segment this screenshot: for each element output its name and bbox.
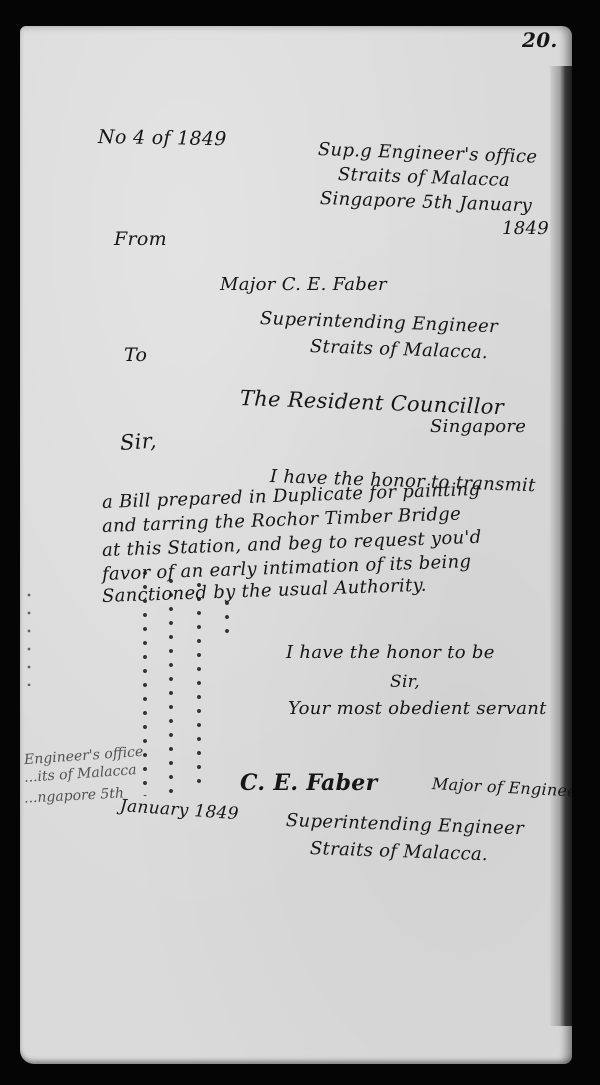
- bleed-through-dots: [196, 578, 202, 790]
- sender-title: Superintending Engineer: [260, 308, 499, 337]
- bleed-through-dots: [224, 596, 230, 636]
- bleed-through-date: January 1849: [119, 796, 239, 824]
- bleed-through-dots: [168, 574, 174, 794]
- bleed-through-dots: [142, 566, 148, 796]
- closing-sir: Sir,: [390, 672, 420, 692]
- sender-location: Straits of Malacca.: [310, 336, 489, 363]
- binding-edge: [550, 66, 572, 1026]
- recipient-location: Singapore: [430, 416, 526, 437]
- closing-line: I have the honor to be: [286, 642, 495, 663]
- salutation: Sir,: [119, 428, 157, 455]
- bleed-through-marks: [24, 586, 34, 686]
- signature-title: Superintending Engineer: [286, 810, 525, 839]
- signature: C. E. Faber: [240, 770, 377, 796]
- page-number: 20.: [522, 28, 558, 52]
- header-address-line: Singapore 5th January: [320, 188, 533, 216]
- bleed-through-text: ...ngapore 5th: [24, 785, 125, 806]
- header-address-year: 1849: [502, 218, 549, 239]
- signature-location: Straits of Malacca.: [310, 838, 489, 865]
- to-label: To: [124, 344, 147, 366]
- sender-name: Major C. E. Faber: [220, 274, 387, 295]
- closing-servant: Your most obedient servant: [288, 698, 547, 719]
- header-address-line: Sup.g Engineer's office: [318, 139, 538, 168]
- header-address-line: Straits of Malacca: [338, 164, 511, 191]
- manuscript-page: 20. No 4 of 1849 Sup.g Engineer's office…: [20, 26, 572, 1064]
- recipient-title: The Resident Councillor: [240, 386, 505, 419]
- scanned-document: 20. No 4 of 1849 Sup.g Engineer's office…: [0, 0, 600, 1085]
- letter-reference: No 4 of 1849: [98, 126, 227, 150]
- from-label: From: [114, 228, 167, 250]
